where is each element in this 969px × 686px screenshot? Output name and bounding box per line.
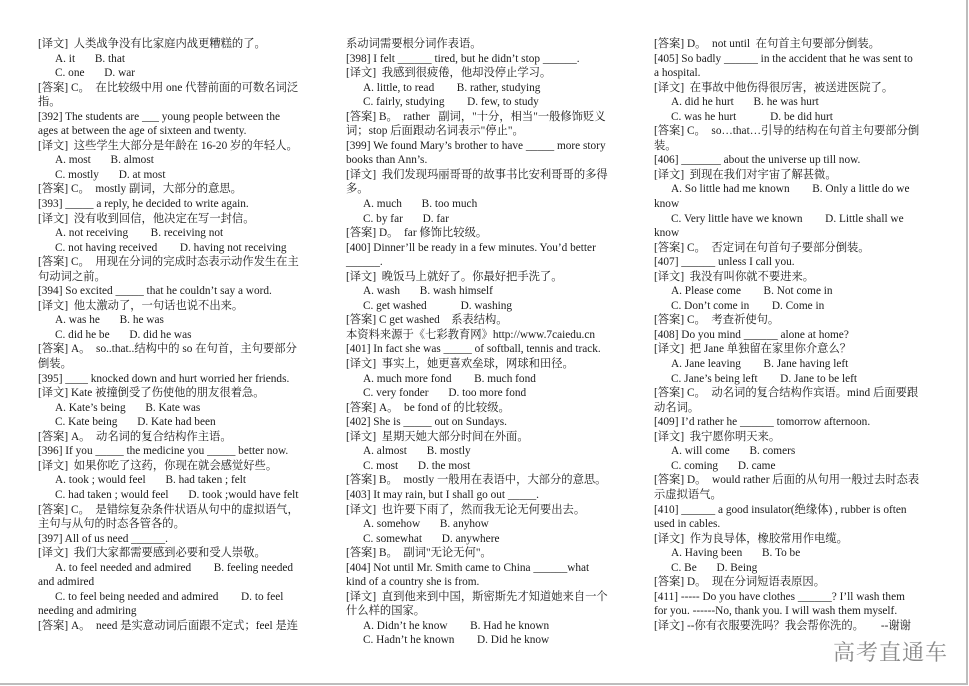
text-line: 装。 <box>654 139 930 154</box>
text-line: [答案] C。 考查祈使句。 <box>654 313 930 328</box>
answer-options-line: A. Kate’s being B. Kate was <box>38 401 324 416</box>
text-line: [译文] 我感到很疲倦，他却没停止学习。 <box>346 66 636 81</box>
text-line: [406] _______ about the universe up till… <box>654 153 930 168</box>
answer-options-line: A. wash B. wash himself <box>346 284 636 299</box>
text-line: 动名词。 <box>654 401 930 416</box>
answer-options-line: C. Hadn’t he known D. Did he know <box>346 633 636 648</box>
text-line: [399] We found Mary’s brother to have __… <box>346 139 636 154</box>
text-line: 倒装。 <box>38 357 324 372</box>
text-line: ______. <box>346 255 636 270</box>
text-line: [394] So excited _____ that he couldn’t … <box>38 284 324 299</box>
answer-options-line: A. did he hurt B. he was hurt <box>654 95 930 110</box>
text-line: [答案] C。 mostly 副词，大部分的意思。 <box>38 182 324 197</box>
text-line: [译文] 他太激动了，一句话也说不出来。 <box>38 299 324 314</box>
answer-options-line: C. one D. war <box>38 66 324 81</box>
text-line: [译文] Kate 被撞倒受了伤使他的朋友很着急。 <box>38 386 324 401</box>
text-line: [译文] 没有收到回信，他决定在写一封信。 <box>38 212 324 227</box>
answer-options-line: A. almost B. mostly <box>346 444 636 459</box>
text-line: [译文] 我们大家都需要感到必要和受人崇敬。 <box>38 546 324 561</box>
text-line: [404] Not until Mr. Smith came to China … <box>346 561 636 576</box>
answer-options-line: A. Didn’t he know B. Had he known <box>346 619 636 634</box>
answer-options-line: C. Kate being D. Kate had been <box>38 415 324 430</box>
text-line: [答案] D。 far 修饰比较级。 <box>346 226 636 241</box>
answer-options-line: A. Jane leaving B. Jane having left <box>654 357 930 372</box>
text-line: ages at between the age of sixteen and t… <box>38 124 324 139</box>
text-line: [译文] 也许要下雨了，然而我无论无何要出去。 <box>346 503 636 518</box>
text-line: [译文] 我们发现玛丽哥哥的故事书比安利哥哥的多得 <box>346 168 636 183</box>
text-line: [403] It may rain, but I shall go out __… <box>346 488 636 503</box>
text-line: [396] If you _____ the medicine you ____… <box>38 444 324 459</box>
text-line: [答案] C。 so…that…引导的结构在句首主句要部分倒 <box>654 124 930 139</box>
answer-options-line: A. Having been B. To be <box>654 546 930 561</box>
answer-options-line: C. to feel being needed and admired D. t… <box>38 590 324 605</box>
text-line: [答案] D。 not until 在句首主句要部分倒装。 <box>654 37 930 52</box>
text-line: [答案] D。 would rather 后面的从句用一般过去时态表 <box>654 473 930 488</box>
answer-options-line: C. very fonder D. too more fond <box>346 386 636 401</box>
text-line: [398] I felt ______ tired, but he didn’t… <box>346 52 636 67</box>
answer-options-line: A. much B. too much <box>346 197 636 212</box>
text-line: 指。 <box>38 95 324 110</box>
text-line: 本资料来源于《七彩教育网》http://www.7caiedu.cn <box>346 328 636 343</box>
answer-options-line: C. coming D. came <box>654 459 930 474</box>
text-line: [译文] 我没有叫你就不要进来。 <box>654 270 930 285</box>
text-line: books than Ann’s. <box>346 153 636 168</box>
text-line: 示虚拟语气。 <box>654 488 930 503</box>
text-line: know <box>654 226 930 241</box>
answer-options-line: C. mostly D. at most <box>38 168 324 183</box>
column-right: [答案] D。 not until 在句首主句要部分倒装。[405] So ba… <box>654 37 930 633</box>
text-line: 什么样的国家。 <box>346 604 636 619</box>
text-line: [译文] --你有衣服要洗吗？我会帮你洗的。 --谢谢 <box>654 619 930 634</box>
answer-options-line: A. somehow B. anyhow <box>346 517 636 532</box>
text-line: [译文] 这些学生大部分是年龄在 16-20 岁的年轻人。 <box>38 139 324 154</box>
text-line: [407] ______ unless I call you. <box>654 255 930 270</box>
answer-options-line: C. had taken ; would feel D. took ;would… <box>38 488 324 503</box>
answer-options-line: A. will come B. comers <box>654 444 930 459</box>
text-line: 词；stop 后面跟动名词表示"停止"。 <box>346 124 636 139</box>
text-line: [答案] A。 so..that..结构中的 so 在句首，主句要部分 <box>38 342 324 357</box>
watermark: 高考直通车 <box>833 636 948 667</box>
answer-options-line: A. little, to read B. rather, studying <box>346 81 636 96</box>
text-line: [405] So badly ______ in the accident th… <box>654 52 930 67</box>
answer-options-line: C. was he hurt D. be did hurt <box>654 110 930 125</box>
text-line: [401] In fact she was _____ of softball,… <box>346 342 636 357</box>
answer-options-line: A. not receiving B. receiving not <box>38 226 324 241</box>
text-line: [答案] B。 rather 副词，"十分，相当"一般修饰贬义 <box>346 110 636 125</box>
text-line: for you. ------No, thank you. I will was… <box>654 604 930 619</box>
text-line: [答案] A。 need 是实意动词后面跟不定式；feel 是连 <box>38 619 324 634</box>
text-line: [答案] C。 否定词在句首句子要部分倒装。 <box>654 241 930 256</box>
text-line: [392] The students are ___ young people … <box>38 110 324 125</box>
answer-options-line: C. not having received D. having not rec… <box>38 241 324 256</box>
answer-options-line: C. Very little have we known D. Little s… <box>654 212 930 227</box>
text-line: [译文] 在事故中他伤得很厉害，被送进医院了。 <box>654 81 930 96</box>
answer-options-line: C. somewhat D. anywhere <box>346 532 636 547</box>
answer-options-line: A. was he B. he was <box>38 313 324 328</box>
answer-options-line: A. Please come B. Not come in <box>654 284 930 299</box>
text-line: [答案] B。 mostly 一般用在表语中，大部分的意思。 <box>346 473 636 488</box>
text-line: [译文] 到现在我们对宇宙了解甚微。 <box>654 168 930 183</box>
text-line: [译文] 直到他来到中国，斯密斯先才知道她来自一个 <box>346 590 636 605</box>
answer-options-line: C. fairly, studying D. few, to study <box>346 95 636 110</box>
text-line: a hospital. <box>654 66 930 81</box>
text-line: [译文] 晚饭马上就好了。你最好把手洗了。 <box>346 270 636 285</box>
text-line: and admired <box>38 575 324 590</box>
text-line: needing and admiring <box>38 604 324 619</box>
text-line: [411] ----- Do you have clothes ______? … <box>654 590 930 605</box>
answer-options-line: C. Jane’s being left D. Jane to be left <box>654 372 930 387</box>
text-line: [答案] A。 动名词的复合结构作主语。 <box>38 430 324 445</box>
text-line: [408] Do you mind ______ alone at home? <box>654 328 930 343</box>
text-line: [402] She is _____ out on Sundays. <box>346 415 636 430</box>
column-middle: 系动词需要根分词作表语。[398] I felt ______ tired, b… <box>346 37 636 648</box>
text-line: [译文] 我宁愿你明天来。 <box>654 430 930 445</box>
text-line: [395] ____ knocked down and hurt worried… <box>38 372 324 387</box>
text-line: know <box>654 197 930 212</box>
text-line: [译文] 人类战争没有比家庭内战更糟糕的了。 <box>38 37 324 52</box>
answer-options-line: C. get washed D. washing <box>346 299 636 314</box>
text-line: [410] ______ a good insulator(绝缘体) , rub… <box>654 503 930 518</box>
text-line: 主句与从句的时态各管各的。 <box>38 517 324 532</box>
answer-options-line: C. by far D. far <box>346 212 636 227</box>
text-line: [答案] A。 be fond of 的比较级。 <box>346 401 636 416</box>
text-line: [译文] 如果你吃了这药，你现在就会感觉好些。 <box>38 459 324 474</box>
answer-options-line: A. most B. almost <box>38 153 324 168</box>
text-line: [393] _____ a reply, he decided to write… <box>38 197 324 212</box>
answer-options-line: C. most D. the most <box>346 459 636 474</box>
text-line: [答案] B。 副词"无论无何"。 <box>346 546 636 561</box>
text-line: [397] All of us need ______. <box>38 532 324 547</box>
answer-options-line: C. Don’t come in D. Come in <box>654 299 930 314</box>
answer-options-line: C. did he be D. did he was <box>38 328 324 343</box>
document-page: [译文] 人类战争没有比家庭内战更糟糕的了。A. it B. thatC. on… <box>0 0 968 685</box>
text-line: kind of a country she is from. <box>346 575 636 590</box>
text-line: [答案] C。 在比较级中用 one 代替前面的可数名词泛 <box>38 81 324 96</box>
text-line: [译文] 事实上，她更喜欢垒球，网球和田径。 <box>346 357 636 372</box>
text-line: [答案] C get washed 系表结构。 <box>346 313 636 328</box>
answer-options-line: A. much more fond B. much fond <box>346 372 636 387</box>
answer-options-line: C. Be D. Being <box>654 561 930 576</box>
text-line: [译文] 作为良导体，橡胶常用作电缆。 <box>654 532 930 547</box>
text-line: used in cables. <box>654 517 930 532</box>
answer-options-line: A. So little had me known B. Only a litt… <box>654 182 930 197</box>
text-line: [答案] D。 现在分词短语表原因。 <box>654 575 930 590</box>
text-line: 句动词之前。 <box>38 270 324 285</box>
answer-options-line: A. took ; would feel B. had taken ; felt <box>38 473 324 488</box>
text-line: [译文] 星期天她大部分时间在外面。 <box>346 430 636 445</box>
answer-options-line: A. to feel needed and admired B. feeling… <box>38 561 324 576</box>
text-line: 系动词需要根分词作表语。 <box>346 37 636 52</box>
text-line: [答案] C。 用现在分词的完成时态表示动作发生在主 <box>38 255 324 270</box>
text-line: [答案] C。 是错综复杂条件状语从句中的虚拟语气， <box>38 503 324 518</box>
column-left: [译文] 人类战争没有比家庭内战更糟糕的了。A. it B. thatC. on… <box>38 37 324 633</box>
text-line: [409] I’d rather he ______ tomorrow afte… <box>654 415 930 430</box>
text-line: [400] Dinner’ll be ready in a few minute… <box>346 241 636 256</box>
answer-options-line: A. it B. that <box>38 52 324 67</box>
text-line: 多。 <box>346 182 636 197</box>
text-line: [答案] C。 动名词的复合结构作宾语。mind 后面要跟 <box>654 386 930 401</box>
text-line: [译文] 把 Jane 单独留在家里你介意么？ <box>654 342 930 357</box>
